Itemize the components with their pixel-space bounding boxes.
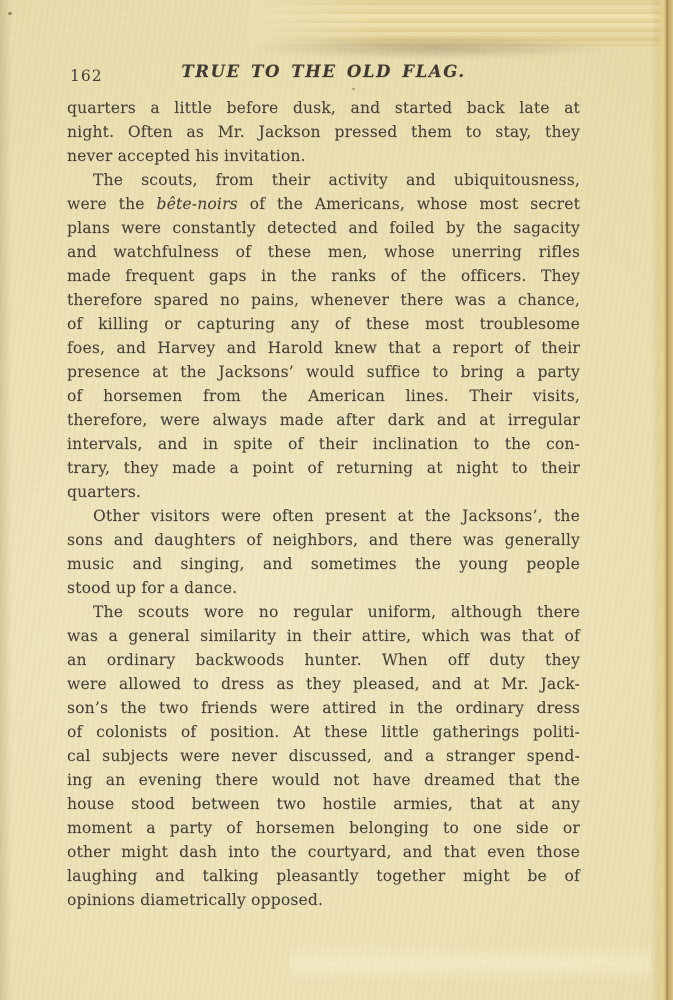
page-fore-edge-line: [666, 0, 668, 1000]
text-line: opinions diametrically opposed.: [67, 888, 580, 912]
text-line: The scouts, from their activity and ubiq…: [67, 168, 580, 192]
text-line: quarters.: [67, 480, 580, 504]
bottom-sheen: [290, 944, 651, 982]
text-line: trary, they made a point of returning at…: [67, 456, 580, 480]
text-line: sons and daughters of neighbors, and the…: [67, 528, 580, 552]
paper-speck: [352, 88, 355, 90]
text-line: house stood between two hostile armies, …: [67, 792, 580, 816]
text-line: of colonists of position. At these littl…: [67, 720, 580, 744]
text-line: laughing and talking pleasantly together…: [67, 864, 580, 888]
text-line: cal subjects were never discussed, and a…: [67, 744, 580, 768]
text-line: quarters a little before dusk, and start…: [67, 96, 580, 120]
text-line: The scouts wore no regular uniform, alth…: [67, 600, 580, 624]
text-line: of killing or capturing any of these mos…: [67, 312, 580, 336]
text-line: foes, and Harvey and Harold knew that a …: [67, 336, 580, 360]
text-line: night. Often as Mr. Jackson pressed them…: [67, 120, 580, 144]
paragraph: The scouts wore no regular uniform, alth…: [67, 600, 580, 912]
text-line: were allowed to dress as they pleased, a…: [67, 672, 580, 696]
text-line: an ordinary backwoods hunter. When off d…: [67, 648, 580, 672]
text-line: son’s the two friends were attired in th…: [67, 696, 580, 720]
text-line: presence at the Jacksons’ would suffice …: [67, 360, 580, 384]
page-gutter-shade: [0, 0, 12, 1000]
text-line: were the bête-noirs of the Americans, wh…: [67, 192, 580, 216]
page-body: quarters a little before dusk, and start…: [67, 96, 580, 912]
text-line: never accepted his invitation.: [67, 144, 580, 168]
text-line: Other visitors were often present at the…: [67, 504, 580, 528]
page-header: 162 TRUE TO THE OLD FLAG.: [67, 58, 580, 84]
text-line: made frequent gaps in the ranks of the o…: [67, 264, 580, 288]
paragraph: Other visitors were often present at the…: [67, 504, 580, 600]
text-line: and watchfulness of these men, whose une…: [67, 240, 580, 264]
text-line: therefore, were always made after dark a…: [67, 408, 580, 432]
paragraph: The scouts, from their activity and ubiq…: [67, 168, 580, 504]
text-line: plans were constantly detected and foile…: [67, 216, 580, 240]
text-line: other might dash into the courtyard, and…: [67, 840, 580, 864]
text-line: stood up for a dance.: [67, 576, 580, 600]
book-page-scan: 162 TRUE TO THE OLD FLAG. quarters a lit…: [0, 0, 673, 1000]
paragraph: quarters a little before dusk, and start…: [67, 96, 580, 168]
text-line: intervals, and in spite of their inclina…: [67, 432, 580, 456]
page-fore-edge: [651, 0, 673, 1000]
text-line: was a general similarity in their attire…: [67, 624, 580, 648]
text-line: moment a party of horsemen belonging to …: [67, 816, 580, 840]
text-line: of horsemen from the American lines. The…: [67, 384, 580, 408]
running-header: TRUE TO THE OLD FLAG.: [67, 62, 580, 81]
text-line: music and singing, and sometimes the you…: [67, 552, 580, 576]
text-line: ing an evening there would not have drea…: [67, 768, 580, 792]
paper-speck: [8, 12, 12, 15]
text-line: therefore spared no pains, whenever ther…: [67, 288, 580, 312]
